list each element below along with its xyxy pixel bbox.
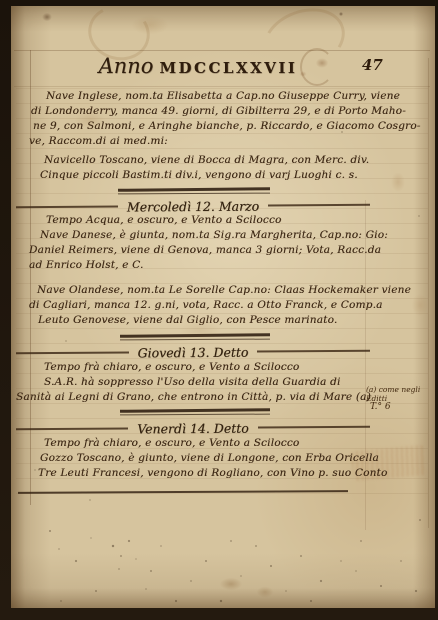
marginal-note-line: (a) come negli Editti: [366, 385, 432, 403]
journal-line: Nave Danese, è giunta, nom.ta Sig.ra Mar…: [40, 229, 388, 242]
marginal-note-line: T.° 6: [370, 403, 432, 412]
day-heading-row: Mercoledì 12. Marzo: [16, 197, 370, 215]
separator-line: [120, 333, 270, 337]
heading-rule: [16, 206, 118, 208]
journal-line: Nave Olandese, nom.ta Le Sorelle Cap.no:…: [37, 284, 411, 297]
journal-line: Tempo Acqua, e oscuro, e Vento a Scilocc…: [46, 214, 282, 227]
marginal-note: (a) come negli Editti T.° 6: [366, 385, 432, 412]
separator-line: [118, 192, 270, 194]
separator-line: [120, 408, 270, 412]
journal-line: Tempo frà chiaro, e oscuro, e Vento a Sc…: [44, 437, 299, 450]
separator-line: [118, 187, 270, 191]
heading-rule: [258, 426, 370, 428]
separator-line: [120, 413, 270, 415]
folio-number: 47: [362, 56, 383, 74]
journal-line: di Londonderry, manca 49. giorni, di Gib…: [31, 105, 406, 118]
journal-line: Daniel Reimers, viene di Genova, manca 3…: [29, 244, 381, 257]
day-heading: Mercoledì 12. Marzo: [127, 198, 259, 214]
journal-line: Tempo frà chiaro, e oscuro, e Vento a Sc…: [44, 361, 299, 374]
journal-line: ne 9, con Salmoni, e Aringhe bianche, p.…: [33, 120, 421, 133]
journal-line: ve, Raccom.di ai med.mi:: [29, 135, 168, 148]
journal-line: Nave Inglese, nom.ta Elisabetta a Cap.no…: [46, 90, 400, 103]
journal-line: Leuto Genovese, viene dal Giglio, con Pe…: [38, 314, 337, 327]
title-anno: Anno: [99, 54, 154, 78]
section-separator: [120, 409, 270, 415]
journal-line: di Cagliari, manca 12. g.ni, vota, Racc.…: [29, 299, 383, 312]
separator-line: [120, 338, 270, 340]
manuscript-scan: Anno MDCCLXXVII 47 Nave Inglese, nom.ta …: [0, 0, 438, 620]
journal-line: Sanità ai Legni di Grano, che entrono in…: [16, 391, 371, 404]
day-heading-row: Venerdì 14. Detto: [16, 419, 370, 437]
journal-line: Navicello Toscano, viene di Bocca di Mag…: [44, 154, 369, 167]
page-title: Anno MDCCLXXVII: [78, 54, 318, 82]
heading-rule: [257, 350, 370, 352]
day-heading: Giovedì 13. Detto: [138, 344, 249, 360]
journal-line: Tre Leuti Francesi, vengono di Rogliano,…: [38, 467, 388, 480]
day-heading-row: Giovedì 13. Detto: [16, 343, 370, 361]
journal-line: Gozzo Toscano, è giunto, viene di Longon…: [40, 452, 379, 465]
journal-line: Cinque piccoli Bastim.ti div.i, vengono …: [40, 169, 358, 182]
heading-rule: [268, 204, 370, 206]
title-year-roman-numerals: MDCCLXXVII: [159, 59, 297, 77]
journal-line: S.A.R. hà soppresso l'Uso della visita d…: [44, 376, 341, 389]
journal-line: ad Enrico Holst, e C.: [29, 259, 144, 272]
day-heading: Venerdì 14. Detto: [137, 420, 249, 436]
section-separator: [120, 334, 270, 340]
section-separator: [118, 188, 270, 194]
heading-rule: [16, 428, 128, 430]
heading-rule: [16, 352, 129, 354]
